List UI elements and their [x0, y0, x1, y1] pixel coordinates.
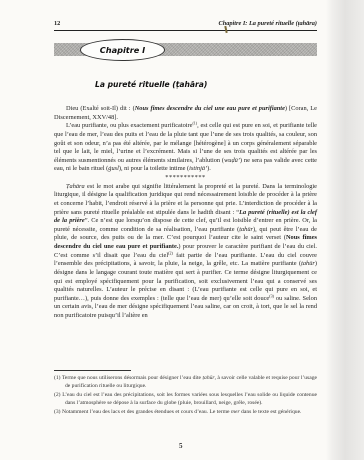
footnote-divider: [54, 370, 131, 371]
quran-quote: Nous fîmes descendre du ciel une eau pur…: [135, 105, 285, 112]
footnote-3: (3) Notamment l’eau des lacs et des gran…: [54, 409, 317, 417]
term-ghusl: ġusl: [108, 165, 119, 172]
term: mer: [231, 409, 240, 415]
term-tahara: Ṭahāra: [66, 183, 85, 190]
footnote-number: (3): [54, 409, 61, 415]
text: Notamment l’eau des lacs et des grandes …: [62, 409, 231, 415]
text: L’eau purifiante, ou plus exactement pur…: [66, 122, 192, 129]
text: ), ni pour la toilette intime (: [119, 165, 189, 172]
text: L’eau du ciel est l’eau des précipitatio…: [62, 392, 317, 406]
running-header: 12 Chapitre I: La pureté rituelle (ṭahār…: [54, 19, 317, 31]
paragraph-verse: Dieu (Exalté soit-Il) dit : (Nous fîmes …: [54, 105, 317, 122]
page-number: 12: [54, 19, 60, 29]
folio-number: 5: [179, 442, 183, 450]
footnotes: (1) Terme que nous utiliserons désormais…: [54, 375, 317, 418]
term-istinja: istinjā’: [189, 165, 207, 172]
chapter-title: La pureté rituelle (ṭahāra): [95, 80, 207, 89]
footnote-number: (1): [54, 375, 61, 381]
paragraph-definition: L’eau purifiante, ou plus exactement pur…: [54, 122, 317, 174]
text: dans le texte est générique.: [240, 409, 302, 415]
paragraph-commentary: Ṭahāra est le mot arabe qui signifie lit…: [54, 183, 317, 321]
chapter-label-oval: Chapitre I: [80, 39, 165, 61]
footnote-1: (1) Terme que nous utiliserons désormais…: [54, 375, 317, 390]
term-tahur: ṭahūr: [301, 260, 315, 267]
term-tahur: ṭahūr: [239, 226, 253, 233]
term: ṭahūr: [202, 375, 214, 381]
footnote-2: (2) L’eau du ciel est l’eau des précipit…: [54, 392, 317, 407]
book-page: 12 Chapitre I: La pureté rituelle (ṭahār…: [0, 0, 364, 460]
body-text: Dieu (Exalté soit-Il) dit : (Nous fîmes …: [54, 105, 317, 321]
term-wudu: wuḍū’: [224, 157, 240, 164]
running-title: Chapitre I: La pureté rituelle (ṭahāra): [219, 19, 317, 29]
text: Terme que nous utiliserons désormais pou…: [62, 375, 203, 381]
section-separator: ***********: [54, 174, 317, 183]
text: ).: [207, 165, 211, 172]
footnote-number: (2): [54, 392, 61, 398]
text: Dieu (Exalté soit-Il) dit : (: [66, 105, 135, 112]
